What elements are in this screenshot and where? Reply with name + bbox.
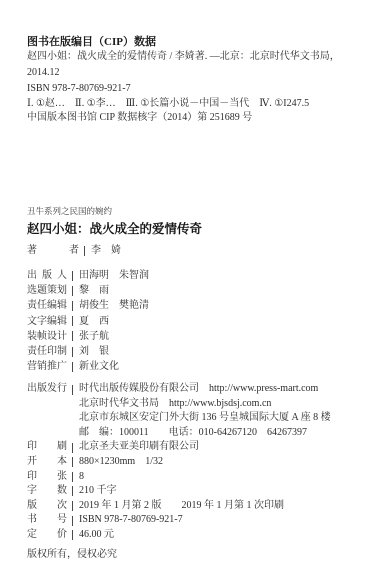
spec-label: 版次 [27,499,67,514]
credit-label: 出版人 [27,268,67,283]
separator-bar [72,486,73,496]
spec-value: 2019 年 1 月第 2 版 2019 年 1 月第 1 次印刷 [79,499,363,514]
postcode-phone-line: 邮 编：100011 电话：010-64267120 64267397 [79,426,363,441]
separator-bar [84,246,85,256]
cip-entry-line-1: 赵四小姐：战火成全的爱情传奇 / 李婍著. —北京：北京时代华文书局，2014.… [27,49,363,81]
separator-bar [72,316,73,326]
author-name: 李 婍 [91,243,363,258]
credit-value: 胡俊生 樊艳清 [79,298,363,313]
copyright-notice: 版权所有，侵权必究 [27,548,363,562]
credit-label: 装帧设计 [27,329,67,344]
publisher-address: 北京市东城区安定门外大街 136 号皇城国际大厦 A 座 8 楼 [79,411,363,426]
publication-block: 出版发行 时代出版传媒股份有限公司 http://www.press-mart.… [27,382,363,542]
book-copyright-page: 图书在版编目（CIP）数据 赵四小姐：战火成全的爱情传奇 / 李婍著. —北京：… [0,0,375,575]
cip-section: 图书在版编目（CIP）数据 赵四小姐：战火成全的爱情传奇 / 李婍著. —北京：… [27,33,363,125]
credit-row: 出版人 田海明 朱智润 [27,268,363,283]
spec-label: 定价 [27,528,67,543]
spec-value: 8 [79,470,363,485]
credit-row: 装帧设计 张子航 [27,329,363,344]
credit-value: 黎 雨 [79,283,363,298]
separator-bar [72,286,73,296]
cip-entry-line-2: ISBN 978-7-80769-921-7 [27,81,363,97]
series-title: 丑牛系列之民国的婉约 [27,205,363,217]
distribution-row: 出版发行 时代出版传媒股份有限公司 http://www.press-mart.… [27,382,363,397]
spec-value: 880×1230mm 1/32 [79,455,363,470]
credit-label: 选题策划 [27,283,67,298]
credit-value: 刘 银 [79,344,363,359]
credit-row: 文字编辑 夏 西 [27,314,363,329]
distribution-label: 出版发行 [27,382,67,397]
spec-row: 版次 2019 年 1 月第 2 版 2019 年 1 月第 1 次印刷 [27,499,363,514]
spec-row: 书号 ISBN 978-7-80769-921-7 [27,513,363,528]
credit-value: 田海明 朱智润 [79,268,363,283]
separator-bar [72,516,73,526]
cip-record-number: 中国版本图书馆 CIP 数据核字（2014）第 251689 号 [27,111,363,125]
credit-label: 文字编辑 [27,314,67,329]
book-title: 赵四小姐：战火成全的爱情传奇 [27,221,363,238]
cip-header: 图书在版编目（CIP）数据 [27,33,363,49]
credit-label: 责任编辑 [27,298,67,313]
separator-bar [72,530,73,540]
spec-label: 印张 [27,470,67,485]
separator-bar [72,331,73,341]
spec-row: 定价 46.00 元 [27,528,363,543]
separator-bar [72,501,73,511]
separator-bar [72,472,73,482]
separator-bar [72,301,73,311]
separator-bar [72,443,73,453]
spec-label: 开本 [27,455,67,470]
spec-value: ISBN 978-7-80769-921-7 [79,513,363,528]
spec-row: 印刷 北京圣夫亚美印刷有限公司 [27,440,363,455]
title-block: 丑牛系列之民国的婉约 赵四小姐：战火成全的爱情传奇 著者 李 婍 [27,205,363,258]
distribution-line: 时代出版传媒股份有限公司 http://www.press-mart.com [79,382,363,397]
credit-label: 营销推广 [27,359,67,374]
spec-row: 开本 880×1230mm 1/32 [27,455,363,470]
spec-value: 46.00 元 [79,528,363,543]
spec-label: 字数 [27,484,67,499]
credit-row: 责任印制 刘 银 [27,344,363,359]
separator-bar [72,457,73,467]
credit-value: 张子航 [79,329,363,344]
separator-bar [72,347,73,357]
author-label: 著者 [27,243,79,258]
spec-row: 字数 210 千字 [27,484,363,499]
credit-value: 新业文化 [79,359,363,374]
separator-bar [72,362,73,372]
separator-bar [72,385,73,395]
credits-list: 出版人 田海明 朱智润 选题策划 黎 雨 责任编辑 胡俊生 樊艳清 文字编辑 夏… [27,268,363,374]
cip-entry: 赵四小姐：战火成全的爱情传奇 / 李婍著. —北京：北京时代华文书局，2014.… [27,49,363,97]
credit-row: 营销推广 新业文化 [27,359,363,374]
spec-value: 210 千字 [79,484,363,499]
separator-bar [72,271,73,281]
cip-classification: Ⅰ. ①赵… Ⅱ. ①李… Ⅲ. ①长篇小说－中国－当代 Ⅳ. ①I247.5 [27,97,363,111]
spec-row: 印张 8 [27,470,363,485]
distribution-line: 北京时代华文书局 http://www.bjsdsj.com.cn [79,397,363,412]
spec-value: 北京圣夫亚美印刷有限公司 [79,440,363,455]
author-row: 著者 李 婍 [27,243,363,258]
credit-label: 责任印制 [27,344,67,359]
spec-label: 书号 [27,513,67,528]
credit-row: 责任编辑 胡俊生 樊艳清 [27,298,363,313]
credit-value: 夏 西 [79,314,363,329]
spec-label: 印刷 [27,440,67,455]
credit-row: 选题策划 黎 雨 [27,283,363,298]
